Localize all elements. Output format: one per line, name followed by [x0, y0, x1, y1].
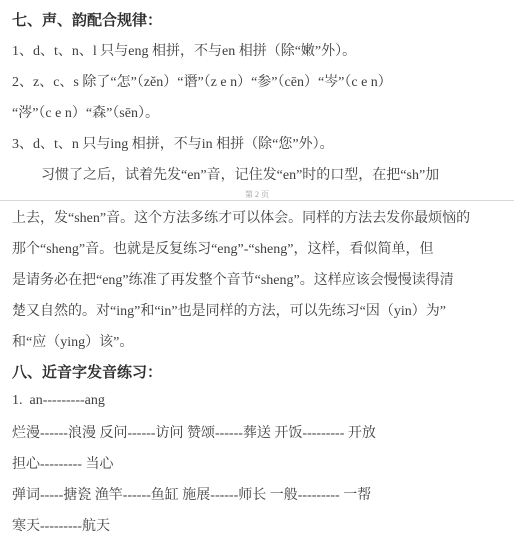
rule-line-2a: 2、z、c、s 除了“怎”（zěn）“谮”（z e n）“参”（cēn）“岑”（…: [12, 65, 502, 96]
section7-heading: 七、声、韵配合规律：: [12, 4, 502, 34]
rule-line-3: 3、d、t、n 只与ing 相拼，不与in 相拼（除“您”外）。: [12, 127, 502, 158]
rule-line-2b: “涔”（c e n）“森”（sēn）。: [12, 96, 502, 127]
rule-line-1: 1、d、t、n、l 只与eng 相拼，不与en 相拼（除“嫩”外）。: [12, 34, 502, 65]
section8-heading: 八、近音字发音练习：: [12, 356, 502, 386]
page-divider: 第 2 页: [0, 189, 514, 201]
tip-paragraph-line-1: 习惯了之后，试着先发“en”音，记住发“en”时的口型，在把“sh”加: [12, 158, 502, 189]
tip-paragraph-line-6: 和“应（ying）该”。: [12, 325, 502, 356]
practice-line-3: 弹词-----搪瓷 渔竿------鱼缸 施展------师长 一般------…: [12, 478, 502, 509]
tip-paragraph-line-4: 是请务必在把“eng”练准了再发整个音节“sheng”。这样应该会慢慢读得清: [12, 263, 502, 294]
document-page: 七、声、韵配合规律： 1、d、t、n、l 只与eng 相拼，不与en 相拼（除“…: [0, 0, 514, 540]
practice-line-1: 烂漫------浪漫 反问------访问 赞颂------葬送 开饭-----…: [12, 416, 502, 447]
page-number: 第 2 页: [245, 190, 269, 200]
tip-paragraph-line-2: 上去，发“shen”音。这个方法多练才可以体会。同样的方法去发你最烦恼的: [12, 201, 502, 232]
pair-header-line: 1. an---------ang: [12, 386, 502, 416]
practice-line-4: 寒天---------航天: [12, 509, 502, 540]
tip-paragraph-line-5: 楚又自然的。对“ing”和“in”也是同样的方法，可以先练习“因（yin）为”: [12, 294, 502, 325]
tip-paragraph-line-3: 那个“sheng”音。也就是反复练习“eng”-“sheng”，这样，看似简单，…: [12, 232, 502, 263]
practice-line-2: 担心--------- 当心: [12, 447, 502, 478]
